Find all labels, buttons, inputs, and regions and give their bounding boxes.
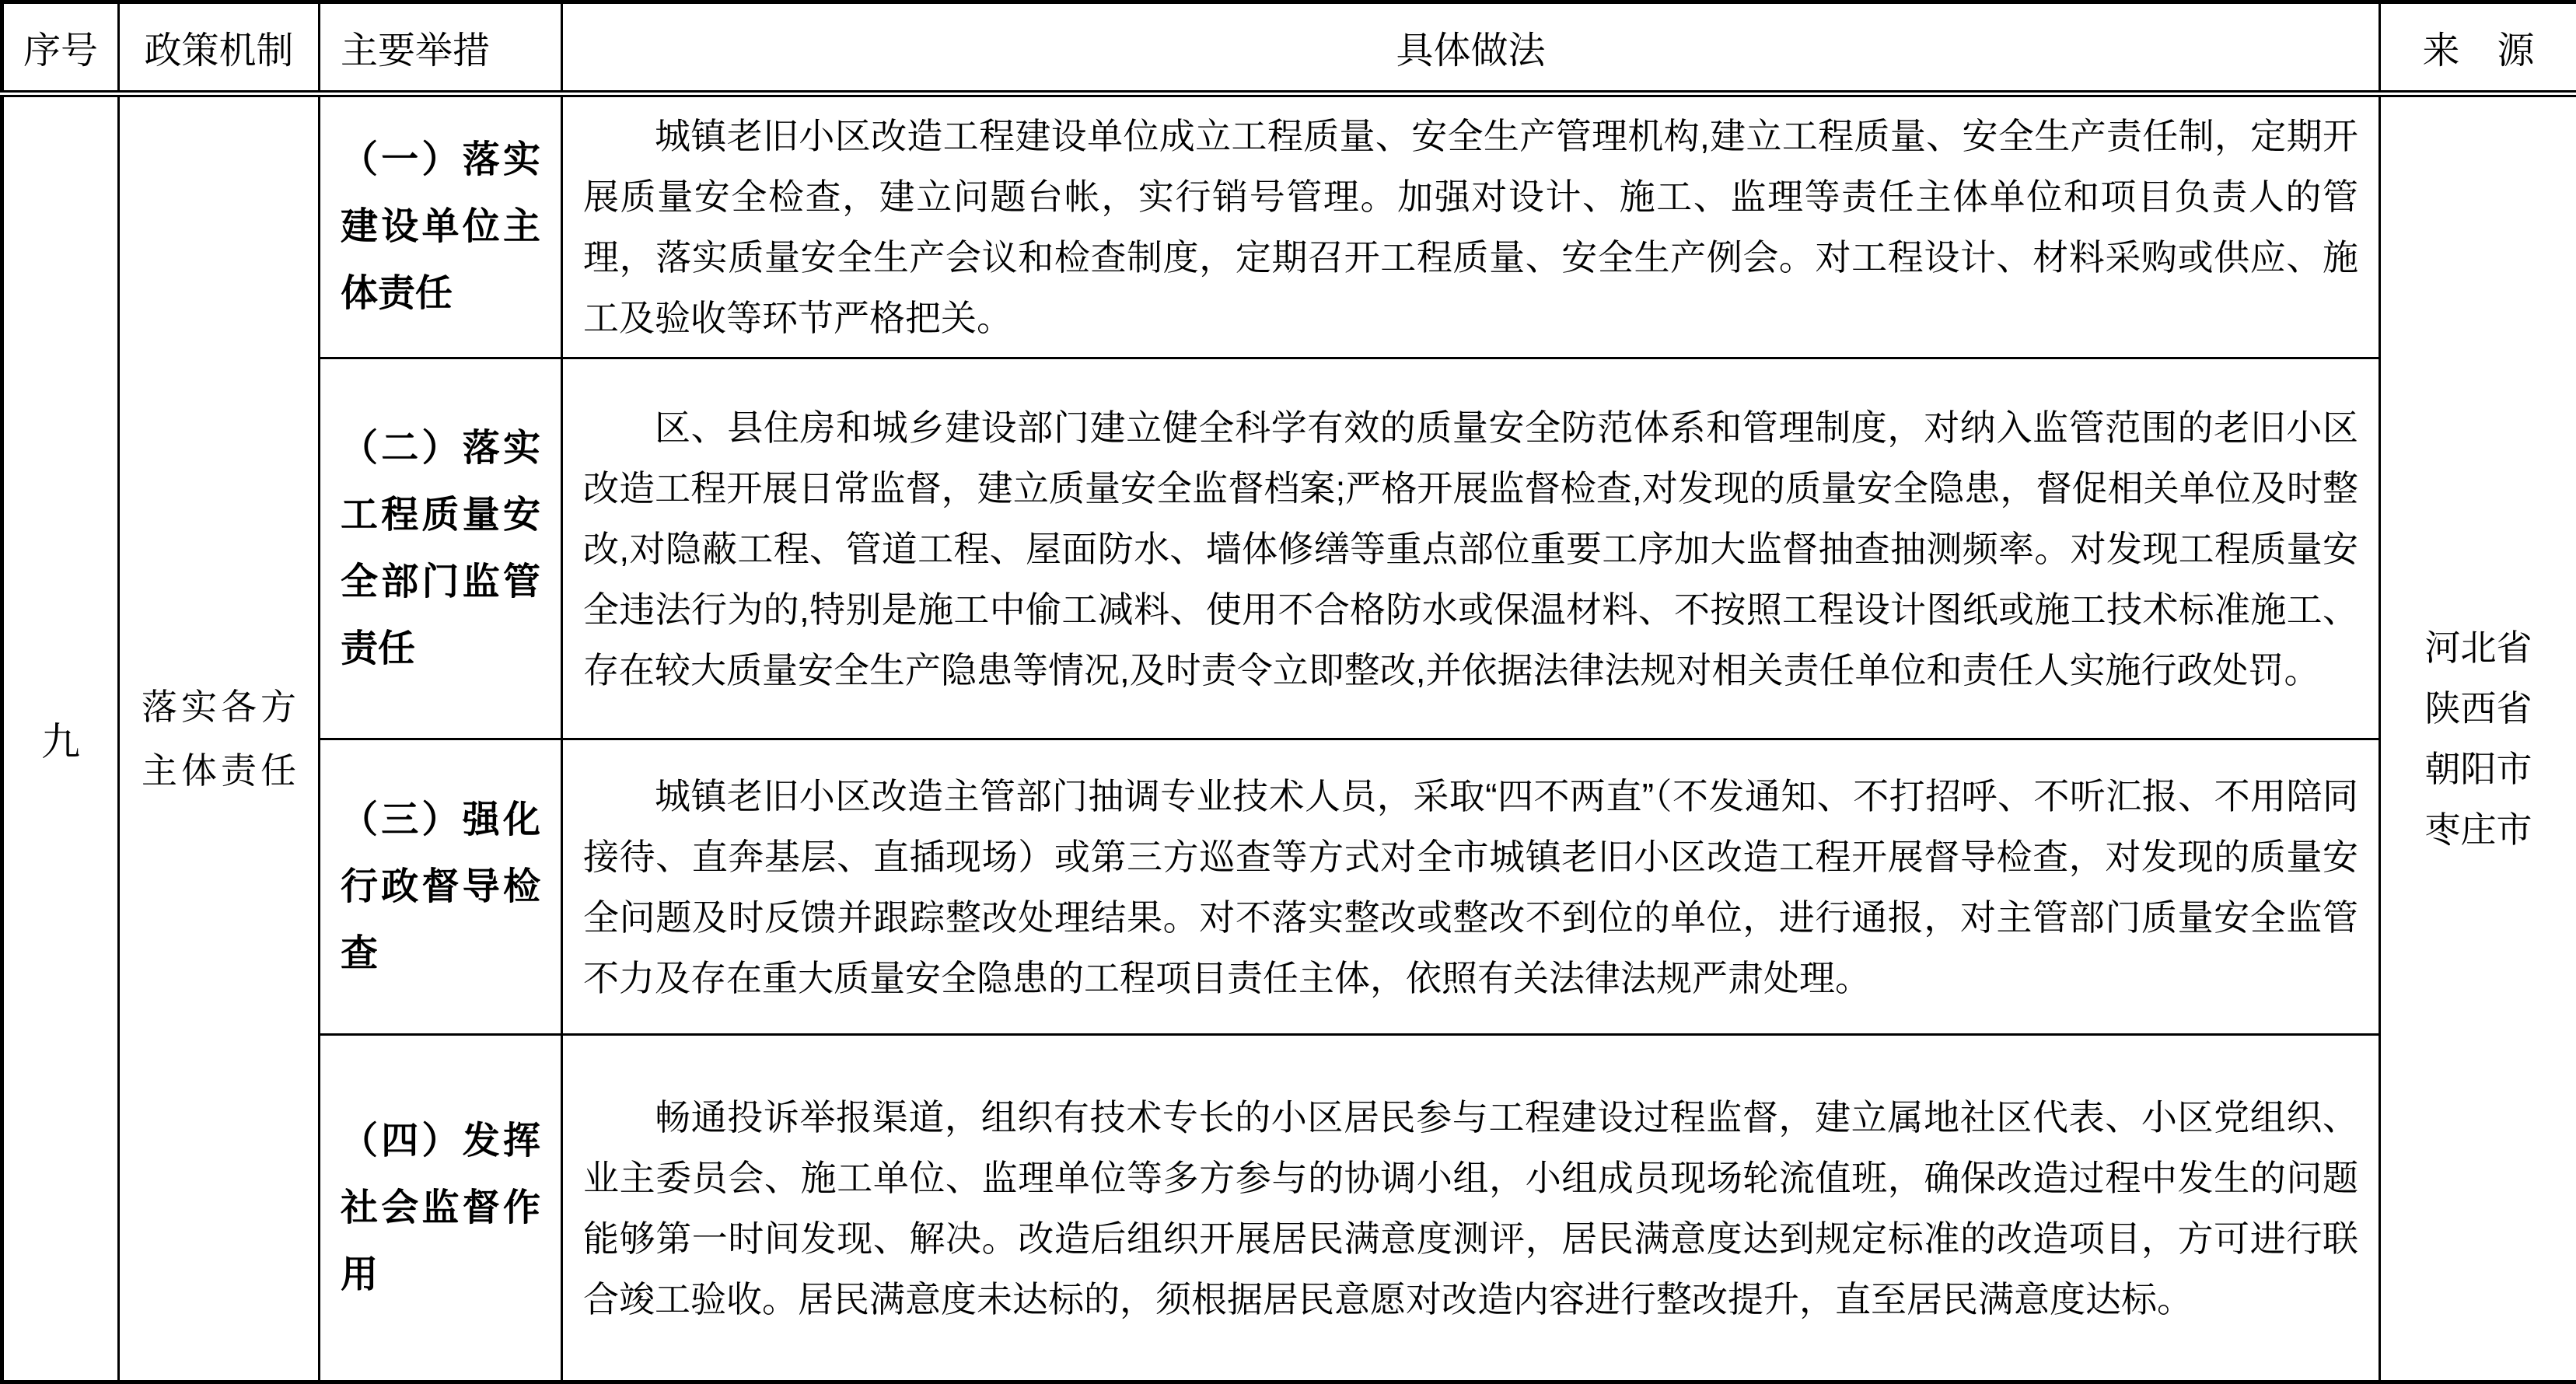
- detail-cell-3: 城镇老旧小区改造主管部门抽调专业技术人员，采取“四不两直”（不发通知、不打招呼、…: [562, 739, 2380, 1035]
- measure-cell-1: （一）落实建设单位主体责任: [320, 94, 562, 358]
- source-line-4: 枣庄市: [2381, 799, 2576, 860]
- table-row-4: （四）发挥社会监督作用 畅通投诉举报渠道，组织有技术专长的小区居民参与工程建设过…: [2, 1035, 2576, 1382]
- source-cell: 河北省 陕西省 朝阳市 枣庄市: [2380, 94, 2576, 1382]
- col-header-source: 来 源: [2380, 2, 2576, 94]
- measure-cell-2: （二）落实工程质量安全部门监管责任: [320, 358, 562, 739]
- col-header-measure: 主要举措: [320, 2, 562, 94]
- table-row-1: 九 落实各方主体责任 （一）落实建设单位主体责任 城镇老旧小区改造工程建设单位成…: [2, 94, 2576, 358]
- policy-mechanism-cell: 落实各方主体责任: [119, 94, 320, 1382]
- measure-label-3: （三）强化行政督导检查: [341, 787, 540, 987]
- detail-cell-1: 城镇老旧小区改造工程建设单位成立工程质量、安全生产管理机构,建立工程质量、安全生…: [562, 94, 2380, 358]
- measure-label-1: （一）落实建设单位主体责任: [341, 127, 540, 327]
- measure-label-2: （二）落实工程质量安全部门监管责任: [341, 415, 540, 683]
- detail-text-4: 畅通投诉举报渠道，组织有技术专长的小区居民参与工程建设过程监督，建立属地社区代表…: [583, 1087, 2358, 1330]
- measure-cell-3: （三）强化行政督导检查: [320, 739, 562, 1035]
- detail-cell-2: 区、县住房和城乡建设部门建立健全科学有效的质量安全防范体系和管理制度，对纳入监管…: [562, 358, 2380, 739]
- serial-number-cell: 九: [2, 94, 119, 1382]
- source-line-1: 河北省: [2381, 617, 2576, 678]
- measure-cell-4: （四）发挥社会监督作用: [320, 1035, 562, 1382]
- measure-label-4: （四）发挥社会监督作用: [341, 1108, 540, 1309]
- col-header-practice: 具体做法: [562, 2, 2380, 94]
- source-line-2: 陕西省: [2381, 678, 2576, 739]
- detail-text-2: 区、县住房和城乡建设部门建立健全科学有效的质量安全防范体系和管理制度，对纳入监管…: [583, 397, 2358, 701]
- policy-table: 序号 政策机制 主要举措 具体做法 来 源 九 落实各方主体责任 （一）落实建设…: [0, 0, 2576, 1384]
- col-header-serial: 序号: [2, 2, 119, 94]
- table-header-row: 序号 政策机制 主要举措 具体做法 来 源: [2, 2, 2576, 94]
- table-row-2: （二）落实工程质量安全部门监管责任 区、县住房和城乡建设部门建立健全科学有效的质…: [2, 358, 2576, 739]
- detail-text-3: 城镇老旧小区改造主管部门抽调专业技术人员，采取“四不两直”（不发通知、不打招呼、…: [583, 766, 2358, 1008]
- source-line-3: 朝阳市: [2381, 739, 2576, 799]
- table-row-3: （三）强化行政督导检查 城镇老旧小区改造主管部门抽调专业技术人员，采取“四不两直…: [2, 739, 2576, 1035]
- detail-cell-4: 畅通投诉举报渠道，组织有技术专长的小区居民参与工程建设过程监督，建立属地社区代表…: [562, 1035, 2380, 1382]
- col-header-mechanism: 政策机制: [119, 2, 320, 94]
- detail-text-1: 城镇老旧小区改造工程建设单位成立工程质量、安全生产管理机构,建立工程质量、安全生…: [583, 106, 2358, 348]
